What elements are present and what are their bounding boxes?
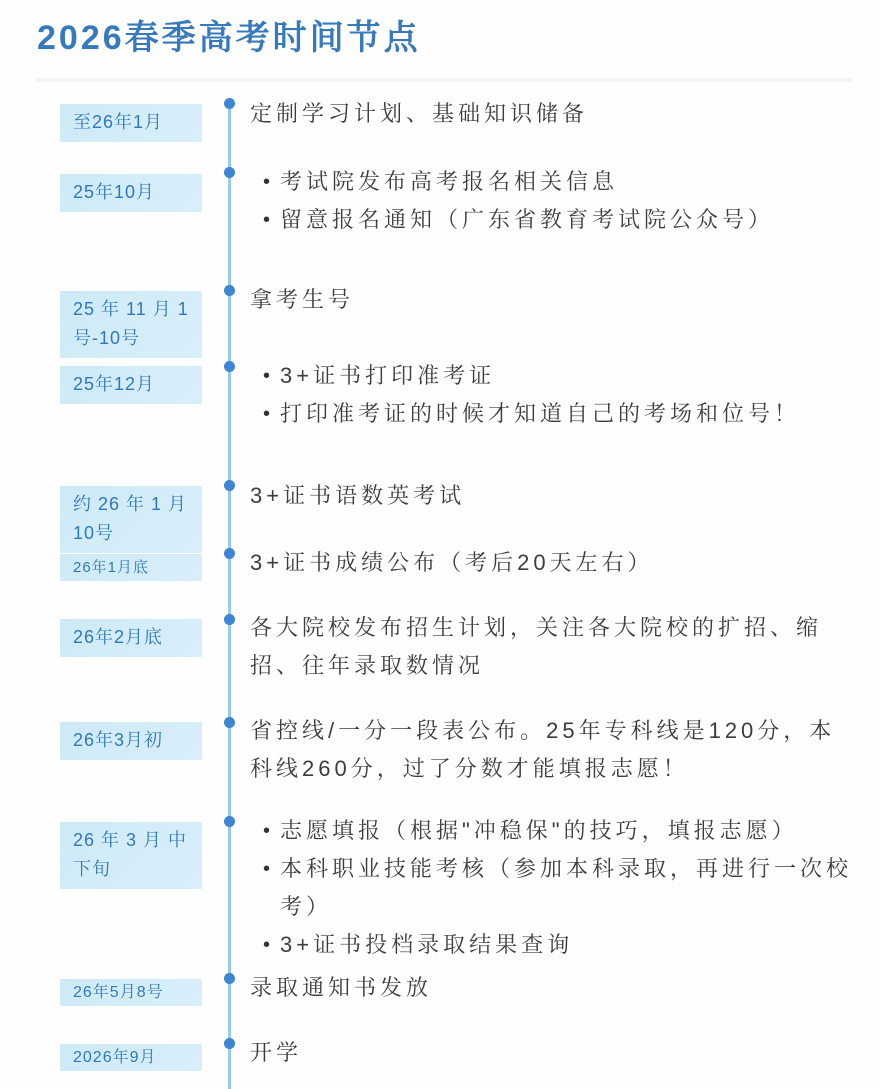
entry-text-school-start: 开学: [250, 1034, 856, 1072]
bullet-icon: •: [250, 850, 280, 888]
bullet-item: • 考试院发布高考报名相关信息: [250, 163, 856, 201]
bullet-icon: •: [250, 926, 280, 964]
entry-text-exam: 3+证书语数英考试: [250, 477, 856, 515]
date-label-line: 25 年 11 月 1: [73, 295, 196, 324]
bullet-text: 本科职业技能考核（参加本科录取，再进行一次校考）: [280, 850, 856, 926]
date-label-dec-2025: 25年12月: [60, 366, 202, 404]
bullet-text: 打印准考证的时候才知道自己的考场和位号！: [280, 395, 800, 433]
date-label-line: 至26年1月: [73, 108, 196, 137]
date-label-line: 25年12月: [73, 370, 196, 399]
date-label-nov-1-10-2025: 25 年 11 月 1 号-10号: [60, 291, 202, 358]
bullet-item: • 3+证书投档录取结果查询: [250, 926, 856, 964]
page-title: 2026春季高考时间节点: [37, 10, 421, 59]
title-divider: [35, 78, 853, 82]
timeline-dot: [224, 1038, 235, 1049]
bullet-text: 志愿填报（根据"冲稳保"的技巧，填报志愿）: [280, 812, 798, 850]
entry-text-study-plan: 定制学习计划、基础知识储备: [250, 95, 856, 133]
bullet-text: 考试院发布高考报名相关信息: [280, 163, 618, 201]
date-label-early-mar-2026: 26年3月初: [60, 722, 202, 760]
entry-text-enrollment-plans: 各大院校发布招生计划，关注各大院校的扩招、缩招、往年录取数情况: [250, 609, 856, 685]
bullet-icon: •: [250, 163, 280, 201]
date-label-end-feb-2026: 26年2月底: [60, 619, 202, 657]
timeline-dot: [224, 285, 235, 296]
date-label-mid-late-mar-2026: 26 年 3 月 中 下旬: [60, 822, 202, 889]
date-label-line: 26 年 3 月 中: [73, 826, 196, 855]
date-label-line: 26年5月8号: [73, 983, 196, 1002]
timeline-dot: [224, 816, 235, 827]
bullet-text: 留意报名通知（广东省教育考试院公众号）: [280, 201, 774, 239]
bullet-icon: •: [250, 812, 280, 850]
entry-text-cutoff-lines: 省控线/一分一段表公布。25年专科线是120分，本科线260分，过了分数才能填报…: [250, 712, 856, 788]
date-label-oct-2025: 25年10月: [60, 174, 202, 212]
timeline-dot: [224, 98, 235, 109]
bullet-item: • 本科职业技能考核（参加本科录取，再进行一次校考）: [250, 850, 856, 926]
bullet-text: 3+证书打印准考证: [280, 357, 495, 395]
timeline-dot: [224, 973, 235, 984]
bullet-icon: •: [250, 357, 280, 395]
date-label-jan-10-2026: 约 26 年 1 月 10号: [60, 486, 202, 553]
bullet-item: • 志愿填报（根据"冲稳保"的技巧，填报志愿）: [250, 812, 856, 850]
timeline-dot: [224, 480, 235, 491]
entry-bullets-application: • 志愿填报（根据"冲稳保"的技巧，填报志愿） • 本科职业技能考核（参加本科录…: [250, 812, 856, 964]
entry-text-score-release: 3+证书成绩公布（考后20天左右）: [250, 544, 856, 582]
bullet-text: 3+证书投档录取结果查询: [280, 926, 573, 964]
timeline-dot: [224, 361, 235, 372]
date-label-line: 号-10号: [73, 324, 196, 353]
date-label-line: 25年10月: [73, 178, 196, 207]
date-label-line: 10号: [73, 519, 196, 548]
timeline-dot: [224, 614, 235, 625]
infographic-page: 2026春季高考时间节点 至26年1月 定制学习计划、基础知识储备 25年10月…: [0, 0, 880, 1089]
date-label-line: 26年3月初: [73, 726, 196, 755]
date-label-line: 2026年9月: [73, 1048, 196, 1067]
date-label-line: 26年1月底: [73, 558, 196, 577]
date-label-line: 26年2月底: [73, 623, 196, 652]
bullet-item: • 打印准考证的时候才知道自己的考场和位号！: [250, 395, 856, 433]
timeline-dot: [224, 717, 235, 728]
entry-text-exam-number: 拿考生号: [250, 281, 856, 319]
date-label-end-jan-2026: 26年1月底: [60, 554, 202, 581]
date-label-line: 约 26 年 1 月: [73, 490, 196, 519]
date-label-may-8-2026: 26年5月8号: [60, 979, 202, 1006]
bullet-icon: •: [250, 395, 280, 433]
bullet-item: • 3+证书打印准考证: [250, 357, 856, 395]
bullet-item: • 留意报名通知（广东省教育考试院公众号）: [250, 201, 856, 239]
date-label-sep-2026: 2026年9月: [60, 1044, 202, 1071]
date-label-until-jan-2026: 至26年1月: [60, 104, 202, 142]
bullet-icon: •: [250, 201, 280, 239]
timeline-line: [228, 103, 231, 1089]
timeline-dot: [224, 548, 235, 559]
date-label-line: 下旬: [73, 855, 196, 884]
entry-text-admission-letter: 录取通知书发放: [250, 969, 856, 1007]
entry-bullets-admission-ticket: • 3+证书打印准考证 • 打印准考证的时候才知道自己的考场和位号！: [250, 357, 856, 433]
timeline-dot: [224, 167, 235, 178]
entry-bullets-registration: • 考试院发布高考报名相关信息 • 留意报名通知（广东省教育考试院公众号）: [250, 163, 856, 239]
